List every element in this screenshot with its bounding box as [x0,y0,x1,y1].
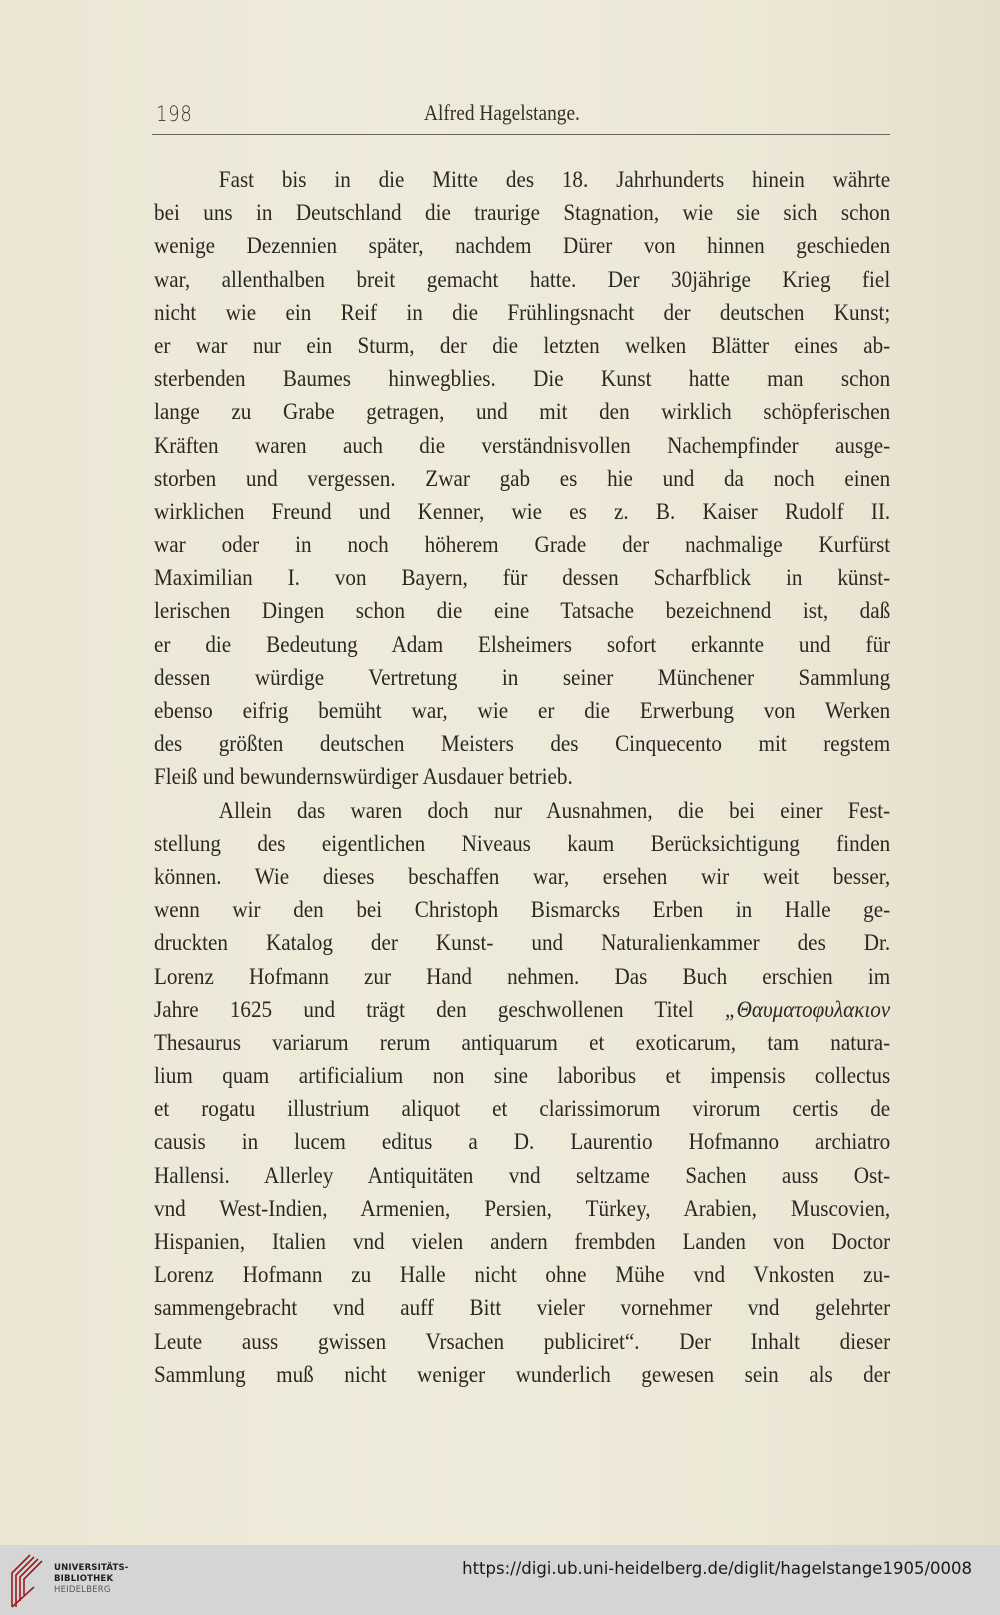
text-line: Allein das waren doch nur Ausnahmen, die… [154,795,890,828]
source-url[interactable]: https://digi.ub.uni-heidelberg.de/diglit… [462,1559,972,1578]
text-line: Jahre 1625 und trägt den geschwollenen T… [154,994,890,1027]
text-line: wirklichen Freund und Kenner, wie es z. … [154,496,890,529]
text-line: Thesaurus variarum rerum antiquarum et e… [154,1027,890,1060]
library-name: UNIVERSITÄTS- BIBLIOTHEK HEIDELBERG [54,1563,129,1596]
text-line: stellung des eigentlichen Niveaus kaum B… [154,828,890,861]
text-line: war oder in noch höherem Grade der nachm… [154,529,890,562]
library-name-line2: BIBLIOTHEK [54,1574,129,1585]
text-line: Lorenz Hofmann zur Hand nehmen. Das Buch… [154,961,890,994]
text-line: des größten deutschen Meisters des Cinqu… [154,728,890,761]
text-line: ebenso eifrig bemüht war, wie er die Erw… [154,695,890,728]
text-line: können. Wie dieses beschaffen war, erseh… [154,861,890,894]
running-title: Alfred Hagelstange. [424,100,580,126]
text-line: Hallensi. Allerley Antiquitäten vnd selt… [154,1160,890,1193]
text-line: wenige Dezennien später, nachdem Dürer v… [154,230,890,263]
text-line: lerischen Dingen schon die eine Tatsache… [154,595,890,628]
text-line: causis in lucem editus a D. Laurentio Ho… [154,1126,890,1159]
text-line: Fleiß und bewundernswürdiger Ausdauer be… [154,761,890,794]
text-line: Kräften waren auch die verständnisvollen… [154,430,890,463]
text-line: sammengebracht vnd auff Bitt vieler vorn… [154,1292,890,1325]
text-line: Sammlung muß nicht weniger wunderlich ge… [154,1359,890,1392]
footer-bar: UNIVERSITÄTS- BIBLIOTHEK HEIDELBERG http… [0,1545,1000,1615]
text-line-start: Jahre 1625 und trägt den geschwollenen T… [154,997,694,1023]
text-line: bei uns in Deutschland die traurige Stag… [154,197,890,230]
greek-title: „Θαυματοφυλακιον [725,997,890,1023]
scanned-page: 198 Alfred Hagelstange. Fast bis in die … [0,0,1000,1545]
page-number: 198 [156,102,193,126]
text-line: druckten Katalog der Kunst- und Naturali… [154,927,890,960]
body-text: Fast bis in die Mitte des 18. Jahrhunder… [154,164,890,1392]
text-line: sterbenden Baumes hinwegblies. Die Kunst… [154,363,890,396]
text-line: wenn wir den bei Christoph Bismarcks Erb… [154,894,890,927]
text-line: lium quam artificialium non sine laborib… [154,1060,890,1093]
university-library-logo-icon [8,1551,48,1611]
text-line: Hispanien, Italien vnd vielen andern fre… [154,1226,890,1259]
text-line: Leute auss gwissen Vrsachen publiciret“.… [154,1326,890,1359]
header-rule [152,134,890,135]
library-name-line1: UNIVERSITÄTS- [54,1563,129,1574]
text-line: Maximilian I. von Bayern, für dessen Sch… [154,562,890,595]
text-line: dessen würdige Vertretung in seiner Münc… [154,662,890,695]
text-line: war, allenthalben breit gemacht hatte. D… [154,264,890,297]
text-line: er die Bedeutung Adam Elsheimers sofort … [154,629,890,662]
text-line: Lorenz Hofmann zu Halle nicht ohne Mühe … [154,1259,890,1292]
text-line: vnd West-Indien, Armenien, Persien, Türk… [154,1193,890,1226]
page-header: 198 Alfred Hagelstange. [152,98,892,132]
text-line: nicht wie ein Reif in die Frühlingsnacht… [154,297,890,330]
text-line: Fast bis in die Mitte des 18. Jahrhunder… [154,164,890,197]
text-line: lange zu Grabe getragen, und mit den wir… [154,396,890,429]
text-line: storben und vergessen. Zwar gab es hie u… [154,463,890,496]
text-line: et rogatu illustrium aliquot et clarissi… [154,1093,890,1126]
text-line: er war nur ein Sturm, der die letzten we… [154,330,890,363]
library-name-line3: HEIDELBERG [54,1585,129,1596]
